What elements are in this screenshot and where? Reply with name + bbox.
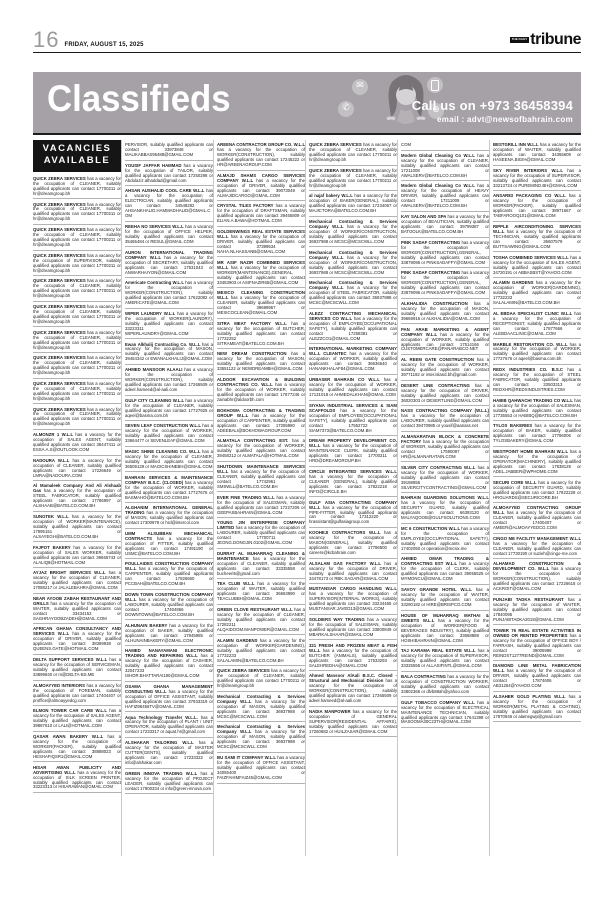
advertiser-name: EVER FINE TRADING W.L.L (217, 495, 276, 500)
advertiser-name: BALA CONTRACTING (401, 674, 447, 679)
newspaper-page: 16 FRIDAY, AUGUST 15, 2025 THE DAILY tri… (0, 0, 599, 900)
classified-ad: PAN ARAB MARKETING & AGENT COMPANY W.L.L… (401, 324, 489, 355)
classified-ad: Americate Contracting W.L.L has a vacanc… (125, 278, 213, 309)
advertiser-name: PAN ARAB MARKETING & AGENT COMPANY W.L.L (401, 327, 489, 337)
classified-ad: DESERT LINE CONTRACTING has a vacancy fo… (401, 381, 489, 407)
classified-ad: DOWN TOWN CONSTRUCTION COMPANY W.L.L has… (125, 590, 213, 621)
advertiser-name: OSAMA GHANA MANAGEMENT CONSULTING W.L.L (125, 684, 213, 694)
classified-ad: ALGHANIM INTERNATIONAL GENERAL TRADING h… (125, 503, 213, 529)
classified-ad: YOUSIF JAFFAR HAMMAD has a vacancy for t… (125, 161, 213, 187)
advertiser-name: MR ASIF NAZIR COMBINED SERVICES W.L.L (217, 260, 305, 270)
classified-ad: REEHA NO SERVICES W.L.L has a vacancy fo… (125, 222, 213, 248)
classified-ad: ALMONZR 1 W.L.L has a vacancy for the oc… (33, 430, 121, 456)
classifieds-column-5: COMModern Global Cleaning Co W.L.L has a… (397, 140, 489, 856)
classified-ad: QUICK ZEBRA SERVICES has a vacancy for t… (33, 404, 121, 430)
advertiser-name: Al Mamaleek Company And Ali Alshaab Gas (33, 483, 121, 493)
advertiser-name: Modern Global Cleaning Co W.L.L (401, 183, 477, 188)
advertiser-name: QUICK ZEBRA SERVICES (309, 142, 363, 147)
advertiser-name: QUICK ZEBRA SERVICES (33, 227, 87, 232)
classified-ad: TOWER 76 REAL ESTATE ACTIVITIES IN OWNED… (493, 625, 581, 661)
advertiser-name: PINK SADAF CONTRACTING (401, 270, 461, 275)
classified-ad: GREEN CLOVE RESTAURANT W.L.L has a vacan… (217, 605, 305, 636)
advertiser-name: AHMED MANSOOR ALAALI (125, 367, 184, 372)
classified-ad: ALMOAYYED CONTRACTING GROUP W.L.L has a … (493, 503, 581, 534)
mobile-icon (427, 77, 443, 93)
vacancies-available-header: VACANCIES AVAILABLE (33, 140, 121, 172)
advertiser-name: BOKHOWA CONTRACTING & TRADING GROUP W.L.… (217, 408, 305, 418)
classified-ad: Ahmed Mansoor AlAali B.S.C. Closed - Str… (309, 671, 397, 707)
advertiser-name: KAY SALON AND SPA (401, 214, 448, 219)
classified-ad: SITRA MEAT FACTORY W.L.L has a vacancy f… (217, 319, 305, 350)
classified-ad: Modern Global Cleaning Co W.L.L has a va… (401, 151, 489, 182)
advertiser-name: DESERT LINE CONTRACTING (401, 383, 475, 388)
advertiser-name: WIPER LAUNDRY W.L.L (125, 311, 177, 316)
classified-ad: YOUNG JIN ENTERPRISE COMPANY LIMITED has… (217, 518, 305, 549)
classified-ad: DELTA SUPPORT SERVICES W.L.L has a vacan… (33, 655, 121, 681)
classified-ad: BALA CONTRACTING has a vacancy for the o… (401, 672, 489, 698)
advertiser-name: AL REEM GATE CONSTRUCTION (401, 357, 477, 362)
advertiser-name: Americate Contracting W.L.L (125, 280, 185, 285)
classified-ad: AYJAZ BRIGHT SERVICES W.L.L has a vacanc… (33, 568, 121, 594)
advertiser-name: Mechanical Contracting & Services Compan… (309, 280, 397, 290)
classified-ad: QUICK ZEBRA SERVICES has a vacancy for t… (33, 302, 121, 328)
classified-ad: CIRCLE INTEGRATED SERVICES W.L.L has a v… (309, 467, 397, 498)
advertiser-name: AYJAZ BRIGHT SERVICES W.L.L (33, 570, 109, 575)
classified-ad: Aqua Technology Transfer W.L.L. has a va… (125, 712, 213, 738)
advertiser-name: UMM ALSUBBAN MECHANICAL CONTRACTS (125, 531, 213, 541)
classified-ad: SKY RIVER INTERIORS W.L.L has a vacancy … (493, 166, 581, 192)
classified-ad: ALKHALIDIA CONSTRUCTION has a vacancy fo… (401, 299, 489, 325)
classified-ad: QUICK ZEBRA SERVICES has a vacancy for t… (33, 225, 121, 251)
advertiser-name: QUICK ZEBRA SERVICES (33, 202, 87, 207)
advertiser-name: FAJPOT BAKERY (33, 545, 73, 550)
advertiser-name: QUICK ZEBRA SERVICES (33, 407, 87, 412)
advertiser-name: AL EBDAA SPECIALIST CLINIC W.L.L (493, 311, 574, 316)
page-number-date: 16 FRIDAY, AUGUST 15, 2025 (33, 30, 144, 50)
advertiser-name: GREEN INNOVA TRADING W.L.L (125, 771, 200, 776)
classified-ad: HAMED NANAYAMANI ELECTRONIC TRADING AND … (125, 646, 213, 682)
classifieds-banner: Classifieds ✉ ✆ ⊕ Call us on +973 364583… (33, 72, 581, 135)
classified-ad: Mechanical Contracting & Services Compan… (217, 692, 305, 723)
advertiser-name: TYLOS BAKERIES (493, 423, 535, 428)
advertiser-name: QUICK ZEBRA SERVICES (33, 176, 87, 181)
classified-ad: TAJ KARAMA REAL ESTATE W.L.L has a vacan… (401, 646, 489, 672)
classified-ad: BU SAMI IT COMPANY W.L.L has a vacancy f… (217, 753, 305, 784)
classified-ad: CINGO ME FACILITY MANAGEMENT W.L.L has a… (493, 534, 581, 560)
classified-ad: ALDOOR EXCAVATION & BUILDING CONTRACTING… (217, 375, 305, 406)
advertiser-name: BU SAMI IT COMPANY W.L.L (217, 755, 277, 760)
classified-ad: ALAMIN GARDENS has a vacancy for the occ… (217, 635, 305, 666)
advertiser-name: SUNGTEK W.L.L (33, 514, 72, 519)
advertiser-name: HABIB QAHWACHI TRADING CO W.L.L (493, 398, 574, 403)
advertiser-name: TEA CLUB W.L.L (217, 581, 257, 586)
classified-ad: ALSAHER GOLD PLATING W.L.L has a vacancy… (493, 692, 581, 723)
classified-ad: SOLDIERS WAY TRADING has a vacancy for t… (309, 615, 397, 641)
advertiser-name: MAGIC SHINE CLEANING CO. W.L.L (125, 449, 202, 454)
classified-ad: OSAMA GHANA MANAGEMENT CONSULTING W.L.L … (125, 682, 213, 713)
advertiser-name: ALMATALA CONTRACTING EST. (217, 438, 292, 443)
phone-number-label: Call us on +973 36458394 (412, 98, 573, 113)
classified-ad: QUICK ZEBRA SERVICES has a vacancy for t… (33, 199, 121, 225)
advertiser-name: POULLAIDES CONSTRUCTION COMPANY W.L.L (125, 561, 213, 571)
advertiser-name: GULF ASIA CONTRACTING COMPANY W.L.L (309, 500, 397, 510)
advertiser-name: ALSALAM GAS FACTORY W.L.L (309, 561, 384, 566)
classified-ad: NEAR AYOOB ZABAH RESTAURANT AND GRILLS h… (33, 594, 121, 625)
classified-ad: ALHUNAIN BAKERY has a vacancy for the oc… (125, 620, 213, 646)
classified-ad: HOUSE OF MUHARRAQ MATHAI & SWEETS W.L.L … (401, 611, 489, 647)
classified-ad: Mechanical Contracting & Services Compan… (309, 217, 397, 248)
classified-ad: ALMOAYYED INTERIORS has a vacancy for th… (33, 681, 121, 707)
classified-ad: BOKHOWA CONTRACTING & TRADING GROUP W.L.… (217, 406, 305, 437)
advertiser-name: MEXICO CLEANING CONSTRUCTION W.L.L (217, 290, 305, 300)
advertiser-name: SKY RIVER INTERIORS W.L.L (493, 168, 567, 173)
classified-ad: Mechanical Contracting & Services Compan… (309, 247, 397, 278)
classified-ad: RIPPLE AIRCONDITIONING SERVICES W.L.L ha… (493, 222, 581, 253)
classified-ad: MAGIC SHINE CLEANING CO. W.L.L has a vac… (125, 447, 213, 473)
advertiser-name: URBASER BAHRAIN CO W.L.L (309, 377, 384, 382)
advertiser-name: HAMED NANAYAMANI ELECTRONIC TRADING AND … (125, 648, 213, 658)
classifieds-column-2: PERVISOR, suitably qualified applicants … (121, 140, 213, 856)
advertiser-name: GOLDENWINGS REAL ESTATE SERVICES W.L.L (217, 229, 305, 239)
advertiser-name: BAHRAIN GUARDING SOLUTIONS W.L.L (401, 495, 489, 500)
classified-ad: AHSAN AUSHALID COOL CARE W.L.L has a vac… (125, 186, 213, 222)
advertiser-name: Aqua Technology Transfer W.L.L. (125, 715, 201, 720)
advertiser-name: ALSAHER GOLD PLATING W.L.L (493, 694, 569, 699)
classified-ad: KAY SALON AND SPA has a vacancy for the … (401, 212, 489, 238)
classified-ad: AL EBDAA SPECIALIST CLINIC W.L.L has a v… (493, 309, 581, 340)
advertiser-name: SITRA MEAT FACTORY W.L.L (217, 321, 291, 326)
advertiser-name: al najaf bakery W.L.L (309, 193, 354, 198)
classified-ad: ALMAJD SHAMS CARGO SERVICES COMPANY W.L.… (217, 171, 305, 202)
advertiser-name: RIPPLE AIRCONDITIONING SERVICES W.L.L (493, 224, 581, 234)
advertiser-name: Mechanical Contracting & Services Compan… (217, 724, 305, 734)
classified-ad: SECURI CORE W.L.L has a vacancy for the … (493, 477, 581, 503)
classified-ad: URBASER BAHRAIN CO W.L.L has a vacancy f… (309, 375, 397, 401)
advertiser-name: ALAMIN GARDENS (493, 280, 536, 285)
advertiser-name: MC 6 CONSTRUCTION W.L.L (401, 526, 461, 531)
advertiser-name: CINGO ME FACILITY MANAGEMENT W.L.L (493, 536, 581, 541)
classified-ad: Al Mamaleek Company And Ali Alshaab Gas … (33, 481, 121, 512)
advertiser-name: ALKHALIDIA CONSTRUCTION (401, 301, 474, 306)
advertiser-name: ELMON TOWER CAR CARE W.L.L (33, 708, 109, 713)
page-number: 16 (33, 30, 59, 50)
classified-ad: COM (401, 140, 489, 151)
advertiser-name: PUNJABI TADKA RESTAURANT (493, 597, 568, 602)
advertiser-name: MUSTANSAR CARGO HANDLING W.L.L (309, 586, 397, 591)
classified-ad: AFRICAN GHANA CONSULTANCY AND SERVICES W… (33, 624, 121, 655)
classified-ad: 321 FRESH AND FROZEN MEAT & FISH W.L.L h… (309, 640, 397, 671)
advertiser-name: ALMOAYYED CONTRACTING GROUP W.L.L (493, 505, 581, 515)
advertiser-name: CIRCLE INTEGRATED SERVICES W.L.L (309, 469, 397, 474)
classified-ad: Mechanical Contracting & Services Compan… (309, 278, 397, 309)
advertiser-name: ANSAR83 PACKAGING CO W.L.L (493, 193, 569, 198)
classified-ad: ALMATALA CONTRACTING EST. has a vacancy … (217, 436, 305, 462)
classified-ad: NADIA MANPOWER has a vacancy for the occ… (309, 707, 397, 738)
advertiser-name: ALEZZ CONTRACTING MECHANICAL SERVICES CO… (309, 311, 397, 321)
advertiser-name: QUICK ZEBRA SERVICES (33, 304, 87, 309)
classified-ad: AHMED MANSOOR ALAALI has a vacancy for t… (125, 365, 213, 396)
masthead-logo: THE DAILY tribune (510, 31, 581, 49)
classified-ad: UMM ALSUBBAN MECHANICAL CONTRACTS has a … (125, 529, 213, 560)
classified-ad: MR ASIF NAZIR COMBINED SERVICES W.L.L ha… (217, 257, 305, 288)
classified-ad: KOOHEJI CONTRACTORS W.L.L has a vacancy … (309, 528, 397, 559)
classified-ad: AREENA CONTRACTOR GROUP CO. W.L.L has a … (217, 140, 305, 171)
advertiser-name: DELTA SUPPORT SERVICES W.L.L (33, 657, 109, 662)
advertiser-name: GREEN CLOVE RESTAURANT W.L.L (217, 607, 294, 612)
classified-ad: HABIB QAHWACHI TRADING CO W.L.L has a va… (493, 396, 581, 422)
page-header: 16 FRIDAY, AUGUST 15, 2025 THE DAILY tri… (33, 28, 581, 53)
page-date: FRIDAY, AUGUST 15, 2025 (64, 42, 143, 48)
advertiser-name: QUICK ZEBRA SERVICES (33, 278, 87, 283)
classified-ad: GULF ASIA CONTRACTING COMPANY W.L.L has … (309, 497, 397, 528)
classified-ad: POULLAIDES CONSTRUCTION COMPANY W.L.L ha… (125, 559, 213, 590)
classified-ad: TOSHA COMBINED SERVICES W.L.L has a vaca… (493, 252, 581, 278)
advertiser-name: QUICK ZEBRA SERVICES (33, 330, 87, 335)
advertiser-name: AHSAN AUSHALID COOL CARE W.L.L (125, 188, 206, 193)
advertiser-name: PINK SADAF CONTRACTING (401, 240, 461, 245)
classified-ad: INTERNATIONAL MARKETING COMPANY W.L.L CL… (309, 344, 397, 375)
advertiser-name: DURRAT AL MUHARRAQ CLEANING & MAINTENANC… (217, 551, 305, 561)
classified-ad: REDX INDUSTRIES CO. B.S.C has a vacancy … (493, 365, 581, 396)
advertiser-name: SILVER CITY CONTRACTING W.L.L (401, 465, 478, 470)
classified-ad: MC 6 CONSTRUCTION W.L.L has a vacancy fo… (401, 524, 489, 555)
advertiser-name: YOUSIF JAFFAR HAMMAD (125, 163, 184, 168)
classified-ad: SHUTDOWN MAINTENANCE SERVICES W.L.L has … (217, 462, 305, 493)
advertiser-name: QUICK ZEBRA SERVICES (33, 253, 87, 258)
classified-ad: TYLOS BAKERIES has a vacancy for the occ… (493, 421, 581, 447)
advertiser-name: GULF TOBACCO COMPANY W.L.L (401, 700, 477, 705)
classified-ad: PINK SADAF CONTRACTING has a vacancy for… (401, 238, 489, 269)
classified-ad: QUICK ZEBRA SERVICES has a vacancy for t… (33, 251, 121, 277)
classified-ad: SUNGTEK W.L.L has a vacancy for the occu… (33, 512, 121, 543)
classified-ad: AURON INTERNATIONAL TRADING COMPANY W.L.… (125, 247, 213, 278)
advertiser-name: SAVOY GRANDE HOTEL W.L.L (401, 587, 476, 592)
classified-ad: ALMANARATAIN BLOCK & CONCRETE FACTORY ha… (401, 432, 489, 463)
advertiser-name: INTERNATIONAL MARKETING COMPANY W.L.L CL… (309, 346, 397, 356)
advertiser-name: ALHAMAD CONSTRUCTION & DEVELOPMENT CO. W… (493, 561, 581, 571)
classified-ad: Mechanical Contracting & Services Compan… (217, 722, 305, 753)
advertiser-name: QASAR AWAN BAKERY W.L.L (33, 734, 107, 739)
classified-ad: DURRAT AL MUHARRAQ CLEANING & MAINTENANC… (217, 549, 305, 580)
classified-ad: QUICK ZEBRA SERVICES has a vacancy for t… (33, 174, 121, 200)
advertiser-name: MARBLE RESTORATION CO. W.L.L (493, 342, 570, 347)
advertiser-name: SIYANA INDUSTRIAL SERVICES & SIAM SCAFFO… (309, 403, 397, 413)
classified-ad: EVER FINE TRADING W.L.L has a vacancy fo… (217, 492, 305, 518)
masthead-prefix: THE DAILY (510, 37, 529, 42)
advertiser-name: AHMED OMAR TRADING & CONTRACTING EST W.L… (401, 556, 489, 566)
advertiser-name: ALHUNAIN BAKERY (125, 623, 169, 628)
classified-ad: GULF TOBACCO COMPANY W.L.L has a vacancy… (401, 697, 489, 728)
classified-ad: BAHRAIN SERVICES & MAINTENANCE COMPANY B… (125, 472, 213, 503)
advertiser-name: NEW DREAM CONSTRUCTION (217, 351, 291, 356)
classified-ad: WIPER LAUNDRY W.L.L has a vacancy for th… (125, 309, 213, 340)
classifieds-column-6: BESTGRILL INN W.L.L has a vacancy for th… (489, 140, 581, 856)
advertiser-name: Mechanical Contracting & Services Compan… (217, 694, 305, 704)
advertiser-name: QUICK ZEBRA SERVICES (309, 168, 363, 173)
advertiser-name: HOUSE OF MUHARRAQ MATHAI & SWEETS W.L.L (401, 613, 489, 623)
advertiser-name: Mechanical Contracting & Services Compan… (309, 250, 397, 260)
advertiser-name: TOWER 76 REAL ESTATE ACTIVITIES IN OWNED… (493, 628, 581, 638)
classified-ad: NASS CONTRACTING COMPANY (W.L.L) has a v… (401, 406, 489, 432)
classified-ad: ANSAR83 PACKAGING CO W.L.L has a vacancy… (493, 191, 581, 222)
advertiser-name: DOWN TOWN CONSTRUCTION COMPANY W.L.L (125, 592, 213, 602)
classified-ad: TEA CLUB W.L.L has a vacancy for the occ… (217, 579, 305, 605)
classified-ad: AHMED OMAR TRADING & CONTRACTING EST W.L… (401, 554, 489, 585)
classified-ad: NEW DREAM CONSTRUCTION has a vacancy for… (217, 349, 305, 375)
advertiser-name: REDX INDUSTRIES CO. B.S.C (493, 367, 567, 372)
classifieds-column-4: QUICK ZEBRA SERVICES has a vacancy for t… (305, 140, 397, 856)
classified-ad: QUICK ZEBRA SERVICES has a vacancy for t… (309, 140, 397, 166)
classified-ad: GREEN INNOVA TRADING W.L.L has a vacancy… (125, 769, 213, 795)
classified-ad: NADOURA W.L.L has a vacancy for the occu… (33, 456, 121, 482)
advertiser-name: BAHRAIN SERVICES & MAINTENANCE COMPANY B… (125, 475, 213, 485)
advertiser-name: QUICK ZEBRA SERVICES (217, 668, 271, 673)
classified-ad: MUSTANSAR CARGO HANDLING W.L.L has a vac… (309, 584, 397, 615)
advertiser-name: SOLDIERS WAY TRADING (309, 617, 367, 622)
advertiser-name: AFRICAN GHANA CONSULTANCY AND SERVICES W… (33, 626, 121, 636)
classified-ad: QUICK ZEBRA SERVICES has a vacancy for t… (33, 353, 121, 379)
classifieds-title: Classifieds (47, 78, 231, 120)
envelope-icon: ✉ (352, 79, 368, 95)
classified-ad: Modern Global Cleaning Co W.L.L has a va… (401, 181, 489, 212)
classified-ad: QUICK ZEBRA SERVICES has a vacancy for t… (33, 379, 121, 405)
advertiser-name: Mechanical Contracting & Services Compan… (309, 219, 397, 229)
classified-ad: DREAM PROPERTY DEVELOPMENT CO. W.L.L has… (309, 436, 397, 467)
classified-ad: HISAR AWAN PUBLICITY AND ADVERTISING W.L… (33, 762, 121, 793)
advertiser-name: QUICK ZEBRA SERVICES (33, 381, 87, 386)
advertiser-name: TAJ KARAMA REAL ESTATE W.L.L (401, 648, 478, 653)
classified-ad: QUICK ZEBRA SERVICES has a vacancy for t… (217, 666, 305, 692)
classified-ad: ELMON TOWER CAR CARE W.L.L has a vacancy… (33, 706, 121, 732)
classified-ad: PUNJABI TADKA RESTAURANT has a vacancy f… (493, 595, 581, 626)
advertiser-name: Modern Global Cleaning Co W.L.L (401, 153, 477, 158)
advertiser-name: NADOURA W.L.L (33, 458, 72, 463)
classifieds-column-3: AREENA CONTRACTOR GROUP CO. W.L.L has a … (213, 140, 305, 856)
classified-ad: PERVISOR, suitably qualified applicants … (125, 140, 213, 161)
advertiser-name: Ahmed Mansoor AlAali B.S.C. Closed - Str… (309, 673, 397, 683)
classified-ad: CRYSTAL TILES FACTORY has a vacancy for … (217, 201, 305, 227)
advertiser-name: ALAMIN GARDENS (217, 638, 260, 643)
classified-ad: WESTPOINT HOME BAHRAIN W.L.L has a vacan… (493, 447, 581, 478)
classified-ad: SAVOY GRANDE HOTEL W.L.L has a vacancy f… (401, 585, 489, 611)
contact-block: Call us on +973 36458394 email : advt@ne… (412, 98, 573, 124)
advertiser-name: ALGHANIM INTERNATIONAL GENERAL TRADING (125, 505, 213, 515)
advertiser-name: AURON INTERNATIONAL TRADING COMPANY W.L.… (125, 250, 213, 260)
classified-ad: BESTGRILL INN W.L.L has a vacancy for th… (493, 140, 581, 166)
classified-ad: AL REEM GATE CONSTRUCTION has a vacancy … (401, 355, 489, 381)
classifieds-column-1: VACANCIES AVAILABLEQUICK ZEBRA SERVICES … (33, 140, 121, 856)
advertiser-name: ALMANARATAIN BLOCK & CONCRETE FACTORY (401, 434, 489, 444)
advertiser-name: ALMOAYYED INTERIORS (33, 683, 86, 688)
advertiser-name: NADIA MANPOWER (309, 709, 353, 714)
advertiser-name: REEHA NO SERVICES W.L.L (125, 224, 185, 229)
classified-ad: MEXICO CLEANING CONSTRUCTION W.L.L has a… (217, 288, 305, 319)
classified-ad: ALHAMAD CONSTRUCTION & DEVELOPMENT CO. W… (493, 559, 581, 595)
classified-ad: MARBLE RESTORATION CO. W.L.L has a vacan… (493, 339, 581, 365)
classified-ad: ALSHAKAR TAILORING W.L.L has a vacancy f… (125, 738, 213, 769)
advertiser-name: QUICK ZEBRA SERVICES (33, 355, 87, 360)
classified-ad: SEVEN LEAF CONSTRUCTION W.L.L has a vaca… (125, 421, 213, 447)
classified-ad: QASAR AWAN BAKERY W.L.L has a vacancy fo… (33, 732, 121, 763)
advertiser-name: WESTPOINT HOME BAHRAIN W.L.L (493, 449, 570, 454)
advertiser-name: ALSHAKAR TAILORING W.L.L (125, 740, 199, 745)
advertiser-name: SECURI CORE W.L.L (493, 480, 538, 485)
email-label: email : advt@newsofbahrain.com (412, 115, 573, 124)
classified-ad: ALSALAM GAS FACTORY W.L.L has a vacancy … (309, 559, 397, 585)
advertiser-name: 321 FRESH AND FROZEN MEAT & FISH W.L.L (309, 643, 397, 653)
classified-ad: SILVER CITY CONTRACTING W.L.L has a vaca… (401, 462, 489, 493)
classified-ad: al najaf bakery W.L.L has a vacancy for … (309, 191, 397, 217)
phone-icon: ✆ (338, 101, 354, 117)
advertiser-name: YOUNG JIN ENTERPRISE COMPANY LIMITED (217, 520, 305, 530)
advertiser-name: SHUTDOWN MAINTENANCE SERVICES W.L.L (217, 464, 305, 474)
advertiser-name: ALDOOR EXCAVATION & BUILDING CONTRACTING… (217, 377, 305, 387)
advertiser-name: AREENA CONTRACTOR GROUP CO. W.L.L (217, 142, 305, 147)
advertiser-name: DREAM PROPERTY DEVELOPMENT CO. W.L.L (309, 438, 397, 448)
advertiser-name: ALMONZR 1 W.L.L (33, 432, 75, 437)
classified-ad: QUICK ZEBRA SERVICES has a vacancy for t… (33, 327, 121, 353)
advertiser-name: Ewan Alkhalij Contracting Co. W.L.L (125, 342, 202, 347)
advertiser-name: NASS CONTRACTING COMPANY (W.L.L) (401, 408, 489, 413)
classified-ad: Ewan Alkhalij Contracting Co. W.L.L has … (125, 339, 213, 365)
classified-ad: GOLDENWINGS REAL ESTATE SERVICES W.L.L h… (217, 227, 305, 258)
classifieds-columns: VACANCIES AVAILABLEQUICK ZEBRA SERVICES … (33, 140, 581, 856)
advertiser-name: DIAMOND LINE METAL FABRICATION W.L.L (493, 663, 581, 673)
advertiser-name: ALMAJD SHAMS CARGO SERVICES COMPANY W.L.… (217, 173, 305, 183)
advertiser-name: GULF CITY CLEANING W.L.L (125, 398, 185, 403)
classified-ad: SIYANA INDUSTRIAL SERVICES & SIAM SCAFFO… (309, 401, 397, 437)
classified-ad: BAHRAIN GUARDING SOLUTIONS W.L.L has a v… (401, 493, 489, 524)
advertiser-name: SEVEN LEAF CONSTRUCTION W.L.L (125, 423, 202, 428)
classified-ad: ALAMIN GARDENS has a vacancy for the occ… (493, 278, 581, 309)
advertiser-name: KOOHEJI CONTRACTORS W.L.L (309, 530, 384, 535)
classified-ad: PINK SADAF CONTRACTING has a vacancy for… (401, 268, 489, 299)
advertiser-name: CRYSTAL TILES FACTORY (217, 203, 276, 208)
classified-ad: DIAMOND LINE METAL FABRICATION W.L.L has… (493, 661, 581, 692)
classified-ad: QUICK ZEBRA SERVICES has a vacancy for t… (309, 166, 397, 192)
classified-ad: QUICK ZEBRA SERVICES has a vacancy for t… (33, 276, 121, 302)
advertiser-name: HISAR AWAN PUBLICITY AND ADVERTISING W.L… (33, 765, 121, 775)
classified-ad: GULF CITY CLEANING W.L.L has a vacancy f… (125, 396, 213, 422)
classified-ad: FAJPOT BAKERY has a vacancy for the occu… (33, 542, 121, 568)
advertiser-name: TOSHA COMBINED SERVICES W.L.L (493, 255, 570, 260)
classified-ad: ALEZZ CONTRACTING MECHANICAL SERVICES CO… (309, 309, 397, 345)
advertiser-name: BESTGRILL INN W.L.L (493, 142, 540, 147)
advertiser-name: NEAR AYOOB ZABAH RESTAURANT AND GRILLS (33, 596, 121, 606)
masthead-title: tribune (530, 31, 581, 49)
